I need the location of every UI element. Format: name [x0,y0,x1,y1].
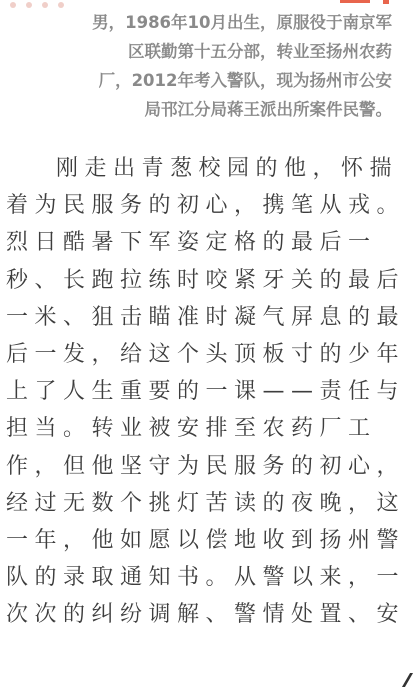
caption-line: 区联勤第十五分部，转业至扬州农药 [52,37,392,66]
article-line: 刚走出青葱校园的他，怀揣 [6,150,398,187]
caption-line: 男，1986年10月出生，原服役于南京军 [52,8,392,37]
dot-icon [42,2,48,8]
article-line: 着为民服务的初心，携笔从戎。 [6,187,398,224]
article-line: 烈日酷暑下军姿定格的最后一 [6,224,398,261]
accent-mark [383,0,389,4]
profile-caption: 男，1986年10月出生，原服役于南京军 区联勤第十五分部，转业至扬州农药 厂，… [52,8,392,124]
article-line: 上了人生重要的一课——责任与 [6,373,398,410]
article-line: 队的录取通知书。从警以来，一 [6,559,398,596]
article-body: 刚走出青葱校园的他，怀揣 着为民服务的初心，携笔从戎。 烈日酷暑下军姿定格的最后… [6,150,398,634]
article-line: 一米、狙击瞄准时凝气屏息的最 [6,299,398,336]
accent-bar [340,0,370,3]
article-line: 担当。转业被安排至农药厂工 [6,410,398,447]
article-line: 后一发，给这个头顶板寸的少年 [6,336,398,373]
article-line: 次次的纠纷调解、警情处置、安 [6,596,398,633]
caption-line: 厂，2012年考入警队，现为扬州市公安 [52,66,392,95]
dot-icon [26,2,32,8]
caption-line: 局邗江分局蒋王派出所案件民警。 [52,95,392,124]
dot-icon [10,2,16,8]
article-line: 作，但他坚守为民服务的初心， [6,448,398,485]
partial-icon [402,673,419,687]
article-line: 经过无数个挑灯苦读的夜晚，这 [6,485,398,522]
article-line: 秒、长跑拉练时咬紧牙关的最后 [6,262,398,299]
article-line: 一年，他如愿以偿地收到扬州警 [6,522,398,559]
